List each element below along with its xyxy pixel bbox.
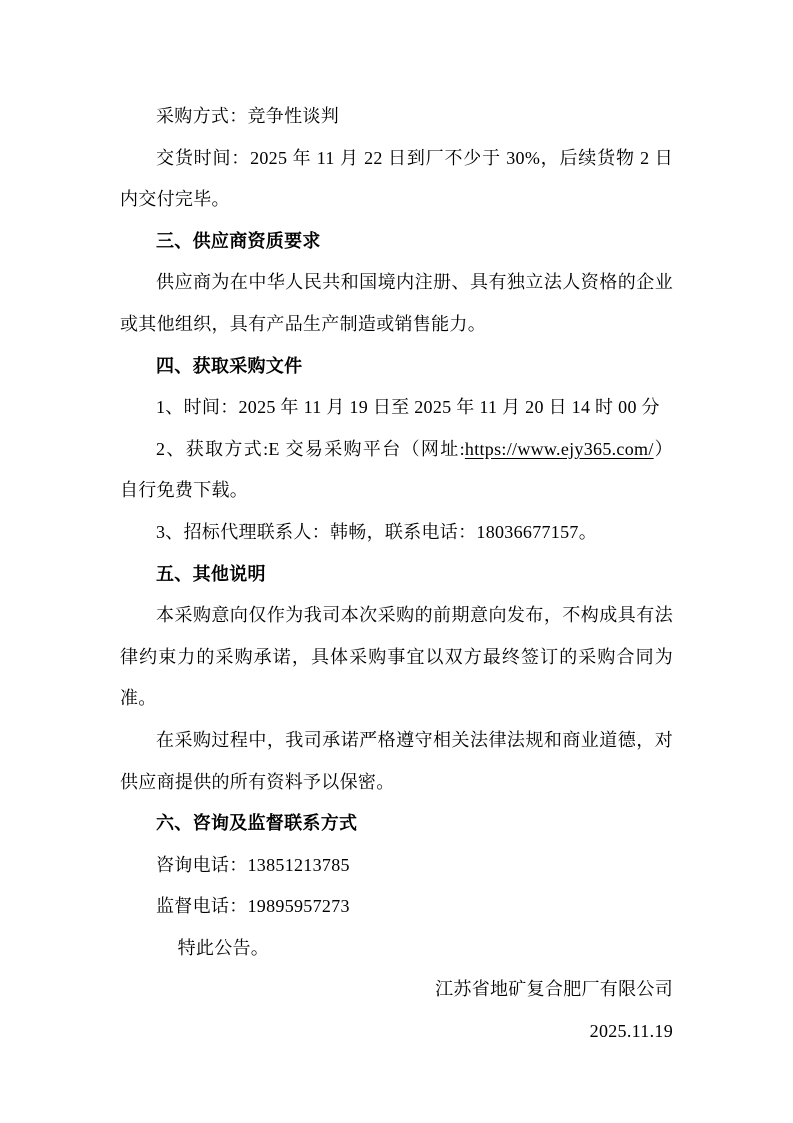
section-heading-supplier-qualification: 三、供应商资质要求	[120, 221, 673, 263]
paragraph-supplier-qualification: 供应商为在中华人民共和国境内注册、具有独立法人资格的企业或其他组织，具有产品生产…	[120, 262, 673, 345]
closing-statement: 特此公告。	[120, 928, 673, 970]
paragraph-purchase-method: 采购方式：竞争性谈判	[120, 96, 673, 138]
signature-date: 2025.11.19	[120, 1011, 673, 1053]
obtain-method-prefix-text: 2、获取方式:E 交易采购平台（网址:	[156, 439, 465, 459]
ejy365-link[interactable]: https://www.ejy365.com/	[465, 439, 654, 459]
paragraph-obtain-time: 1、时间：2025 年 11 月 19 日至 2025 年 11 月 20 日 …	[120, 387, 673, 429]
paragraph-supervision-phone: 监督电话：19895957273	[120, 886, 673, 928]
paragraph-confidentiality: 在采购过程中，我司承诺严格遵守相关法律法规和商业道德，对供应商提供的所有资料予以…	[120, 720, 673, 803]
document-page: 采购方式：竞争性谈判 交货时间：2025 年 11 月 22 日到厂不少于 30…	[0, 0, 793, 1123]
paragraph-intent-disclaimer: 本采购意向仅作为我司本次采购的前期意向发布，不构成具有法律约束力的采购承诺，具体…	[120, 595, 673, 720]
paragraph-obtain-method: 2、获取方式:E 交易采购平台（网址:https://www.ejy365.co…	[120, 429, 673, 512]
paragraph-inquiry-phone: 咨询电话：13851213785	[120, 845, 673, 887]
paragraph-agent-contact: 3、招标代理联系人：韩畅，联系电话：18036677157。	[120, 512, 673, 554]
company-signature: 江苏省地矿复合肥厂有限公司	[120, 969, 673, 1011]
section-heading-contact-supervision: 六、咨询及监督联系方式	[120, 803, 673, 845]
section-heading-other-notes: 五、其他说明	[120, 554, 673, 596]
paragraph-delivery-time: 交货时间：2025 年 11 月 22 日到厂不少于 30%，后续货物 2 日内…	[120, 138, 673, 221]
section-heading-obtain-documents: 四、获取采购文件	[120, 346, 673, 388]
